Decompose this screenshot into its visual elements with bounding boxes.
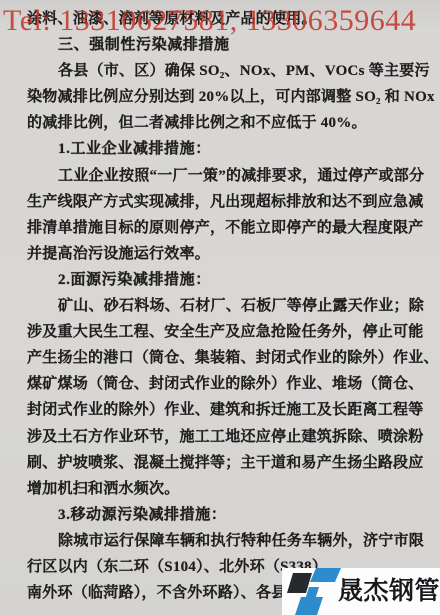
- document-line: 刷、护坡喷浆、混凝土搅拌等；主干道和易产生扬尘路段应: [27, 450, 417, 476]
- document-line: 增加机扫和洒水频次。: [27, 476, 417, 502]
- document-line: 各县（市、区）确保 SO₂、NOx、PM、VOCs 等主要污: [27, 58, 417, 84]
- company-name-text: 晟杰钢管: [338, 578, 440, 605]
- document-line: 矿山、砂石料场、石材厂、石板厂等停止露天作业；除: [27, 293, 417, 319]
- document-line: 的减排比例，但二者减排比例之和不应低于 40%。: [27, 110, 417, 136]
- document-line: 封闭式作业的除外）作业、建筑和拆迁施工及长距离工程等: [27, 397, 417, 423]
- document-line: 1.工业企业减排措施：: [27, 136, 417, 162]
- document-line: 工业企业按照“一厂一策”的减排要求，通过停产或部分: [27, 163, 417, 189]
- company-logo: 晟杰钢管: [282, 568, 440, 615]
- document-line: 2.面源污染减排措施：: [27, 267, 417, 293]
- document-line: 排清单措施目标的原则停产，不能立即停产的最大程度限产: [27, 215, 417, 241]
- document-line: 并提高治污设施运行效率。: [27, 241, 417, 267]
- document-page: 涂料、油漆、溶剂等原材料及产品的使用。三、强制性污染减排措施各县（市、区）确保 …: [0, 0, 440, 615]
- phone-watermark: Tel: 13310627581, 13306359644: [3, 4, 439, 38]
- document-line: 除城市运行保障车辆和执行特种任务车辆外，济宁市限: [27, 528, 417, 554]
- document-body: 涂料、油漆、溶剂等原材料及产品的使用。三、强制性污染减排措施各县（市、区）确保 …: [27, 6, 417, 606]
- document-line: 3.移动源污染减排措施：: [27, 502, 417, 528]
- document-line: 涉及土石方作业环节，施工工地还应停止建筑拆除、喷涂粉: [27, 424, 417, 450]
- document-line: 煤矿煤场（筒仓、封闭式作业的除外）作业、堆场（筒仓、: [27, 371, 417, 397]
- document-line: 产生扬尘的港口（筒仓、集装箱、封闭式作业的除外）作业、: [27, 345, 417, 371]
- document-line: 涉及重大民生工程、安全生产及应急抢险任务外，停止可能: [27, 319, 417, 345]
- document-line: 生产线限产方式实现减排，凡出现超标排放和达不到应急减: [27, 189, 417, 215]
- document-line: 染物减排比例应分别达到 20%以上，可内部调整 SO₂ 和 NOx: [27, 84, 417, 110]
- logo-parallelogram-icon: [285, 568, 343, 615]
